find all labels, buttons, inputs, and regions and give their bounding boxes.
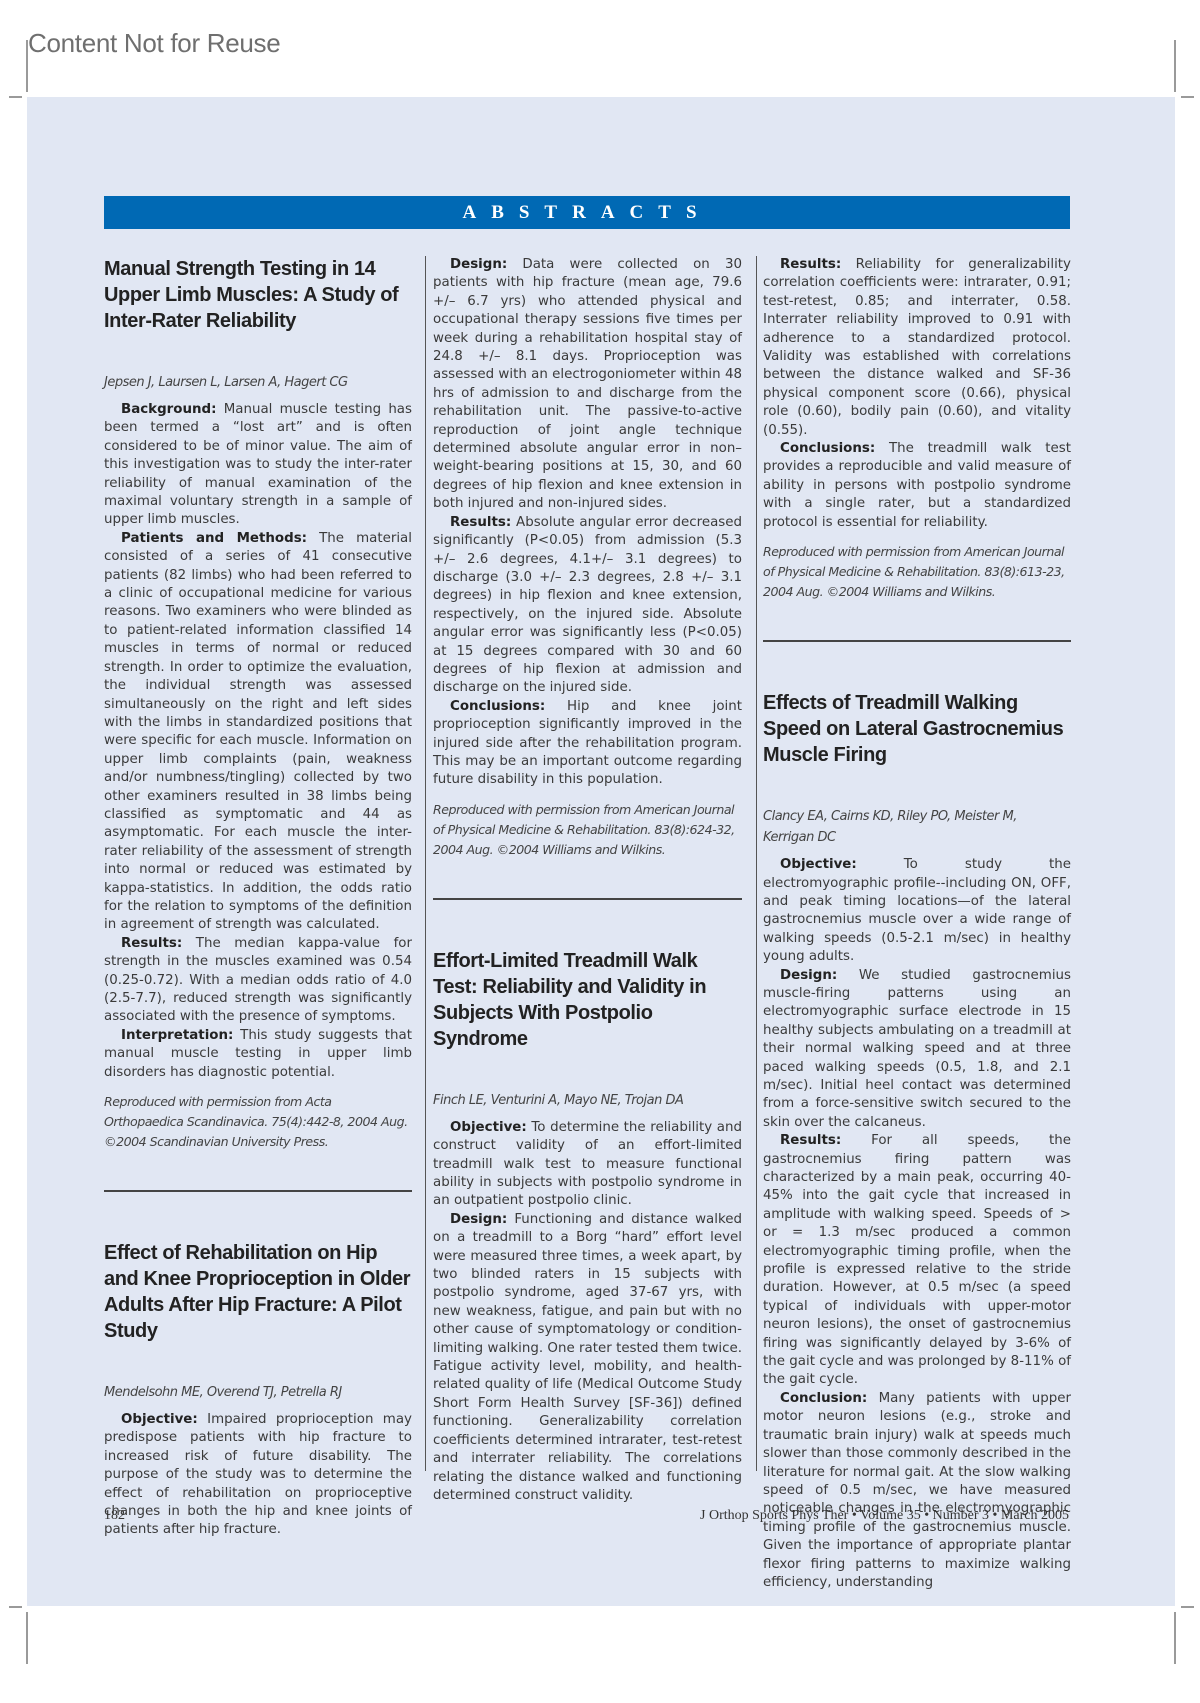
abstract-authors: Clancy EA, Cairns KD, Riley PO, Meister … [763, 806, 1071, 848]
abstract-section: Objective: To determine the reliability … [433, 1119, 742, 1211]
abstract-separator [433, 898, 742, 900]
reproduction-notice: Reproduced with permission from American… [763, 542, 1071, 602]
crop-mark [9, 96, 22, 98]
abstract-authors: Finch LE, Venturini A, Mayo NE, Trojan D… [433, 1090, 742, 1111]
section-label: Interpretation: [121, 1028, 233, 1043]
abstract-separator [763, 640, 1071, 642]
column-right: Results: Reliability for generalizabilit… [763, 256, 1071, 1592]
abstract-continued: Design: Data were collected on 30 patien… [433, 256, 742, 860]
abstract-section: Results: The median kappa-value for stre… [104, 935, 412, 1027]
section-label: Design: [450, 1212, 507, 1227]
abstract-section: Interpretation: This study suggests that… [104, 1027, 412, 1082]
crop-mark [1181, 96, 1194, 98]
reproduction-notice: Reproduced with permission from Acta Ort… [104, 1092, 412, 1152]
column-divider [425, 256, 426, 1471]
section-label: Results: [780, 1133, 841, 1148]
crop-mark [1174, 40, 1176, 92]
abstract-section: Results: For all speeds, the gastrocnemi… [763, 1132, 1071, 1390]
crop-mark [9, 1606, 22, 1608]
abstract: Effort-Limited Treadmill Walk Test: Reli… [433, 948, 742, 1506]
abstract-continued: Results: Reliability for generalizabilit… [763, 256, 1071, 602]
abstract-section: Results: Reliability for generalizabilit… [763, 256, 1071, 440]
abstract-section: Design: Data were collected on 30 patien… [433, 256, 742, 514]
section-label: Objective: [450, 1120, 527, 1135]
section-label: Design: [450, 257, 507, 272]
section-label: Background: [121, 402, 216, 417]
section-label: Objective: [780, 857, 857, 872]
section-label: Conclusions: [780, 441, 875, 456]
abstract-section: Conclusion: Many patients with upper mot… [763, 1390, 1071, 1592]
section-text: The material consisted of a series of 41… [104, 531, 412, 933]
section-text: Functioning and distance walked on a tre… [433, 1212, 742, 1503]
abstract-title: Effect of Rehabilitation on Hip and Knee… [104, 1240, 412, 1344]
section-text: We studied gastrocnemius muscle-firing p… [763, 968, 1071, 1130]
abstract: Effects of Treadmill Walking Speed on La… [763, 690, 1071, 1592]
section-label: Results: [450, 515, 511, 530]
crop-mark [1181, 1606, 1194, 1608]
section-label: Design: [780, 968, 837, 983]
column-middle: Design: Data were collected on 30 patien… [433, 256, 742, 1505]
section-text: Reliability for generalizability correla… [763, 257, 1071, 438]
section-label: Patients and Methods: [121, 531, 307, 546]
abstract-section: Objective: Impaired proprioception may p… [104, 1411, 412, 1540]
abstract-title: Effects of Treadmill Walking Speed on La… [763, 690, 1071, 768]
section-banner: ABSTRACTS [104, 196, 1070, 229]
section-text: Many patients with upper motor neuron le… [763, 1391, 1071, 1590]
section-text: For all speeds, the gastrocnemius firing… [763, 1133, 1071, 1387]
section-label: Results: [780, 257, 841, 272]
abstract-title: Manual Strength Testing in 14 Upper Limb… [104, 256, 412, 334]
column-divider [756, 256, 757, 1471]
crop-mark [26, 40, 28, 92]
abstract-section: Conclusions: Hip and knee joint proprioc… [433, 698, 742, 790]
abstract-section: Results: Absolute angular error decrease… [433, 514, 742, 698]
column-left: Manual Strength Testing in 14 Upper Limb… [104, 256, 412, 1540]
abstract-section: Background: Manual muscle testing has be… [104, 401, 412, 530]
page-number: 182 [104, 1508, 125, 1524]
abstract-title: Effort-Limited Treadmill Walk Test: Reli… [433, 948, 742, 1052]
reproduction-notice: Reproduced with permission from American… [433, 800, 742, 860]
abstract: Effect of Rehabilitation on Hip and Knee… [104, 1240, 412, 1540]
abstract-section: Design: Functioning and distance walked … [433, 1211, 742, 1506]
abstract-section: Design: We studied gastrocnemius muscle-… [763, 967, 1071, 1133]
abstract-section: Objective: To study the electromyographi… [763, 856, 1071, 966]
section-label: Results: [121, 936, 182, 951]
crop-mark [26, 1612, 28, 1664]
abstract-section: Patients and Methods: The material consi… [104, 530, 412, 935]
abstract-authors: Mendelsohn ME, Overend TJ, Petrella RJ [104, 1382, 412, 1403]
section-text: Impaired proprioception may predispose p… [104, 1412, 412, 1537]
abstract: Manual Strength Testing in 14 Upper Limb… [104, 256, 412, 1152]
section-text: Data were collected on 30 patients with … [433, 257, 742, 511]
section-label: Conclusion: [780, 1391, 867, 1406]
section-text: To study the electromyographic profile--… [763, 857, 1071, 964]
journal-citation: J Orthop Sports Phys Ther • Volume 35 • … [700, 1508, 1069, 1524]
abstract-section: Conclusions: The treadmill walk test pro… [763, 440, 1071, 532]
section-text: Absolute angular error decreased signifi… [433, 515, 742, 696]
abstract-authors: Jepsen J, Laursen L, Larsen A, Hagert CG [104, 372, 412, 393]
section-text: Manual muscle testing has been termed a … [104, 402, 412, 527]
section-label: Conclusions: [450, 699, 545, 714]
section-label: Objective: [121, 1412, 198, 1427]
crop-mark [1174, 1612, 1176, 1664]
watermark: Content Not for Reuse [28, 28, 280, 59]
abstract-separator [104, 1190, 412, 1192]
